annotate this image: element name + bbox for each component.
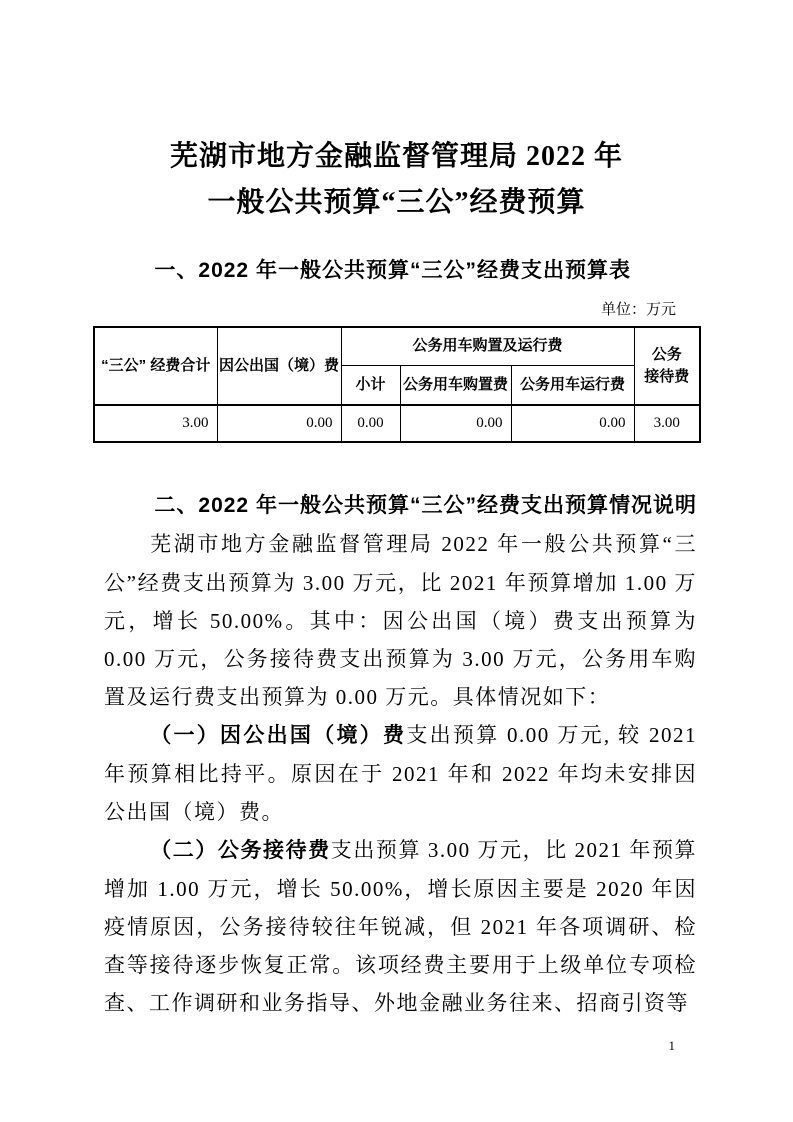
page-number: 1 xyxy=(669,1038,676,1054)
document-title: 芜湖市地方金融监督管理局 2022 年 一般公共预算“三公”经费预算 xyxy=(0,0,793,226)
value-abroad: 0.00 xyxy=(217,405,341,442)
paragraph-overview-text: 芜湖市地方金融监督管理局 2022 年一般公共预算“三公”经费支出预算为 3.0… xyxy=(104,532,697,709)
section-1-heading: 一、2022 年一般公共预算“三公”经费支出预算表 xyxy=(104,252,697,290)
paragraph-overview: 芜湖市地方金融监督管理局 2022 年一般公共预算“三公”经费支出预算为 3.0… xyxy=(104,525,697,716)
header-cell-operation: 公务用车运行费 xyxy=(511,365,634,405)
paragraph-abroad: （一）因公出国（境）费支出预算 0.00 万元, 较 2021 年预算相比持平。… xyxy=(104,716,697,831)
header-cell-abroad: 因公出国（境）费 xyxy=(217,327,341,405)
section-2-heading: 二、2022 年一般公共预算“三公”经费支出预算情况说明 xyxy=(104,487,697,525)
header-cell-reception: 公务 接待费 xyxy=(634,327,700,405)
value-operation: 0.00 xyxy=(511,405,634,442)
content-area: 一、2022 年一般公共预算“三公”经费支出预算表 单位：万元 “三公” 经费合… xyxy=(0,252,793,1022)
header-reception-line-1: 公务 xyxy=(635,344,700,366)
value-subtotal: 0.00 xyxy=(341,405,400,442)
title-line-2: 一般公共预算“三公”经费预算 xyxy=(0,180,793,226)
paragraph-reception: （二）公务接待费支出预算 3.00 万元，比 2021 年预算增加 1.00 万… xyxy=(104,831,697,1022)
value-total: 3.00 xyxy=(94,405,217,442)
header-reception-line-2: 接待费 xyxy=(635,366,700,388)
budget-table: “三公” 经费合计 因公出国（境）费 公务用车购置及运行费 公务 接待费 小计 … xyxy=(93,326,701,443)
unit-note: 单位：万元 xyxy=(104,300,697,320)
value-reception: 3.00 xyxy=(634,405,700,442)
paragraph-reception-text: 支出预算 3.00 万元，比 2021 年预算增加 1.00 万元，增长 50.… xyxy=(104,838,697,1015)
table-data-row: 3.00 0.00 0.00 0.00 0.00 3.00 xyxy=(94,405,700,442)
header-cell-total: “三公” 经费合计 xyxy=(94,327,217,405)
table-header-row-1: “三公” 经费合计 因公出国（境）费 公务用车购置及运行费 公务 接待费 xyxy=(94,327,700,365)
header-cell-subtotal: 小计 xyxy=(341,365,400,405)
header-cell-vehicle-group: 公务用车购置及运行费 xyxy=(341,327,634,365)
title-line-1: 芜湖市地方金融监督管理局 2022 年 xyxy=(0,134,793,180)
value-purchase: 0.00 xyxy=(400,405,511,442)
paragraph-abroad-lead: （一）因公出国（境）费 xyxy=(150,724,406,747)
header-cell-purchase: 公务用车购置费 xyxy=(400,365,511,405)
paragraph-reception-lead: （二）公务接待费 xyxy=(150,839,331,862)
document-page: 芜湖市地方金融监督管理局 2022 年 一般公共预算“三公”经费预算 一、202… xyxy=(0,0,793,1122)
